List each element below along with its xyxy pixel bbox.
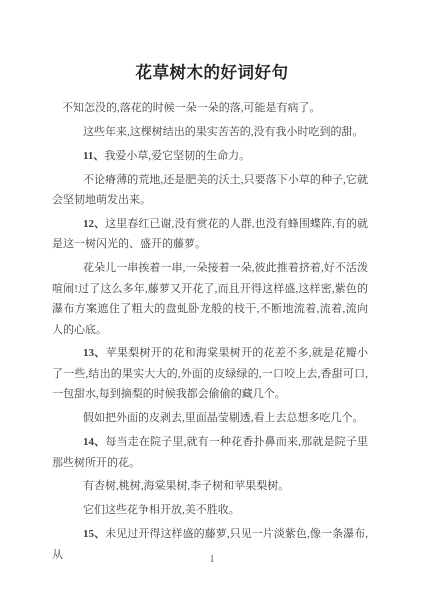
paragraph: 不知怎没的,落花的时候一朵一朵的落,可能是有病了。 [52,98,368,118]
document-page: 花草树木的好词好句 不知怎没的,落花的时候一朵一朵的落,可能是有病了。 这些年来… [0,0,424,600]
paragraph-text: 假如把外面的皮剥去,里面晶莹剔透,看上去总想多吃几个。 [83,412,364,424]
paragraph-number: 13、 [83,347,106,359]
paragraph: 它们这些花争相开放,美不胜收。 [52,500,368,520]
paragraph: 不论瘠薄的荒地,还是肥美的沃土,只要落下小草的种子,它就会坚韧地萌发出来。 [52,170,368,211]
paragraph: 12、这里春红已谢,没有赏花的人群,也没有蜂围蝶阵,有的就是这一树闪光的、盛开的… [52,214,368,255]
paragraph: 花朵儿一串挨着一串,一朵接着一朵,彼此推着挤着,好不活泼喧闹!过了这么多年,藤萝… [52,258,368,340]
document-body: 不知怎没的,落花的时候一朵一朵的落,可能是有病了。 这些年来,这棵树结出的果实苦… [52,98,368,565]
paragraph-text: 有杏树,桃树,海棠果树,李子树和苹果梨树。 [83,480,289,492]
paragraph-number: 12、 [83,218,105,230]
paragraph: 假如把外面的皮剥去,里面晶莹剔透,看上去总想多吃几个。 [52,408,368,428]
paragraph: 14、每当走在院子里,就有一种花香扑鼻而来,那就是院子里那些树所开的花。 [52,432,368,473]
paragraph-text: 这些年来,这棵树结出的果实苦苦的,没有我小时吃到的甜。 [83,126,364,138]
paragraph-number: 14、 [83,436,105,448]
paragraph-text: 我爱小草,爱它坚韧的生命力。 [104,150,250,162]
paragraph-text: 不知怎没的,落花的时候一朵一朵的落,可能是有病了。 [62,102,321,114]
page-number: 1 [0,554,424,565]
paragraph-text: 不论瘠薄的荒地,还是肥美的沃土,只要落下小草的种子,它就会坚韧地萌发出来。 [52,174,368,206]
paragraph-number: 11、 [83,150,104,162]
paragraph: 13、苹果梨树开的花和海棠果树开的花差不多,就是花瓣小了一些,结出的果实大大的,… [52,343,368,404]
paragraph-text: 花朵儿一串挨着一串,一朵接着一朵,彼此推着挤着,好不活泼喧闹!过了这么多年,藤萝… [52,262,368,335]
paragraph-text: 它们这些花争相开放,美不胜收。 [83,504,240,516]
paragraph-number: 15、 [83,528,105,540]
document-title: 花草树木的好词好句 [0,0,424,83]
paragraph: 有杏树,桃树,海棠果树,李子树和苹果梨树。 [52,476,368,496]
paragraph: 11、我爱小草,爱它坚韧的生命力。 [52,146,368,166]
paragraph: 这些年来,这棵树结出的果实苦苦的,没有我小时吃到的甜。 [52,122,368,142]
